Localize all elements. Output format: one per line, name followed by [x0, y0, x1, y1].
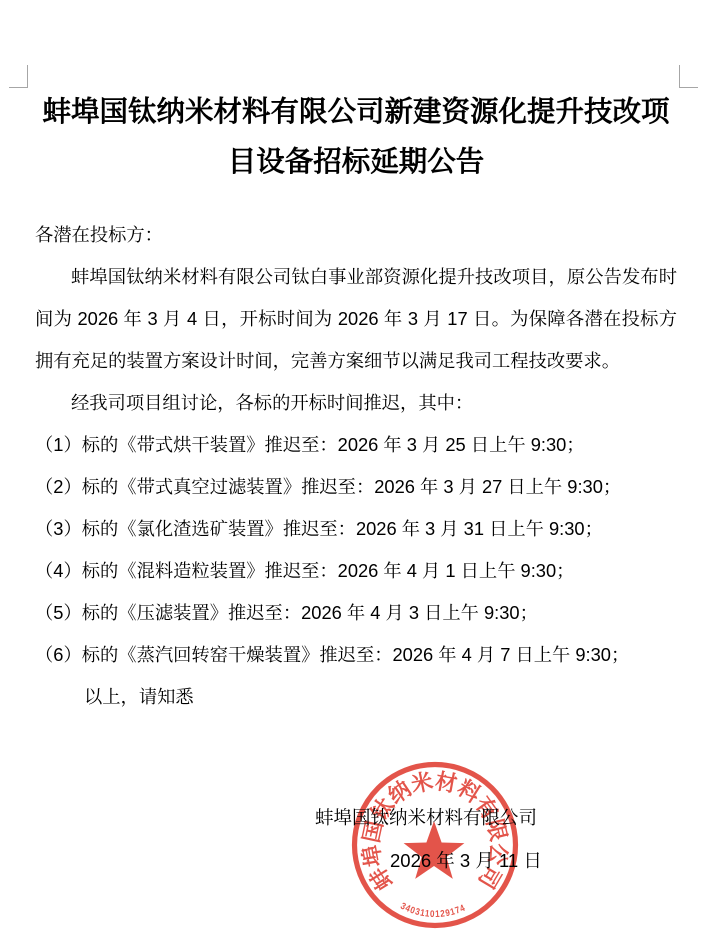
- document-content: 蚌埠国钛纳米材料有限公司新建资源化提升技改项目设备招标延期公告 各潜在投标方： …: [35, 0, 677, 718]
- text-boundary-mark-top-left: [9, 65, 28, 88]
- signature-date: 2026 年 3 月 11 日: [390, 849, 542, 873]
- paragraph-decision: 经我司项目组讨论，各标的开标时间推迟，其中：: [35, 382, 677, 424]
- signature-company-name: 蚌埠国钛纳米材料有限公司: [315, 806, 537, 830]
- list-item-1: （1）标的《带式烘干装置》推迟至：2026 年 3 月 25 日上午 9:30；: [35, 424, 677, 466]
- seal-graphic: 蚌埠国钛纳米材料有限公司 3403110129174: [350, 760, 520, 930]
- list-item-2: （2）标的《带式真空过滤装置》推迟至：2026 年 3 月 27 日上午 9:3…: [35, 466, 677, 508]
- paragraph-announcement: 蚌埠国钛纳米材料有限公司钛白事业部资源化提升技改项目，原公告发布时间为 2026…: [35, 256, 677, 382]
- list-item-5: （5）标的《压滤装置》推迟至：2026 年 4 月 3 日上午 9:30；: [35, 592, 677, 634]
- closing-line: 以上，请知悉: [35, 676, 677, 718]
- list-item-6: （6）标的《蒸汽回转窑干燥装置》推迟至：2026 年 4 月 7 日上午 9:3…: [35, 634, 677, 676]
- seal-serial-number: 3403110129174: [398, 901, 467, 920]
- seal-ring: [355, 765, 516, 926]
- page-title: 蚌埠国钛纳米材料有限公司新建资源化提升技改项目设备招标延期公告: [35, 88, 677, 188]
- list-item-4: （4）标的《混料造粒装置》推迟至：2026 年 4 月 1 日上午 9:30；: [35, 550, 677, 592]
- document-body: 各潜在投标方： 蚌埠国钛纳米材料有限公司钛白事业部资源化提升技改项目，原公告发布…: [35, 214, 677, 718]
- salutation-line: 各潜在投标方：: [35, 214, 677, 256]
- document-page: 蚌埠国钛纳米材料有限公司新建资源化提升技改项目设备招标延期公告 各潜在投标方： …: [0, 0, 706, 932]
- text-boundary-mark-top-right: [679, 65, 698, 88]
- company-seal-stamp: 蚌埠国钛纳米材料有限公司 3403110129174: [350, 760, 520, 930]
- list-item-3: （3）标的《氯化渣选矿装置》推迟至：2026 年 3 月 31 日上午 9:30…: [35, 508, 677, 550]
- seal-ring-text: 蚌埠国钛纳米材料有限公司: [358, 768, 511, 894]
